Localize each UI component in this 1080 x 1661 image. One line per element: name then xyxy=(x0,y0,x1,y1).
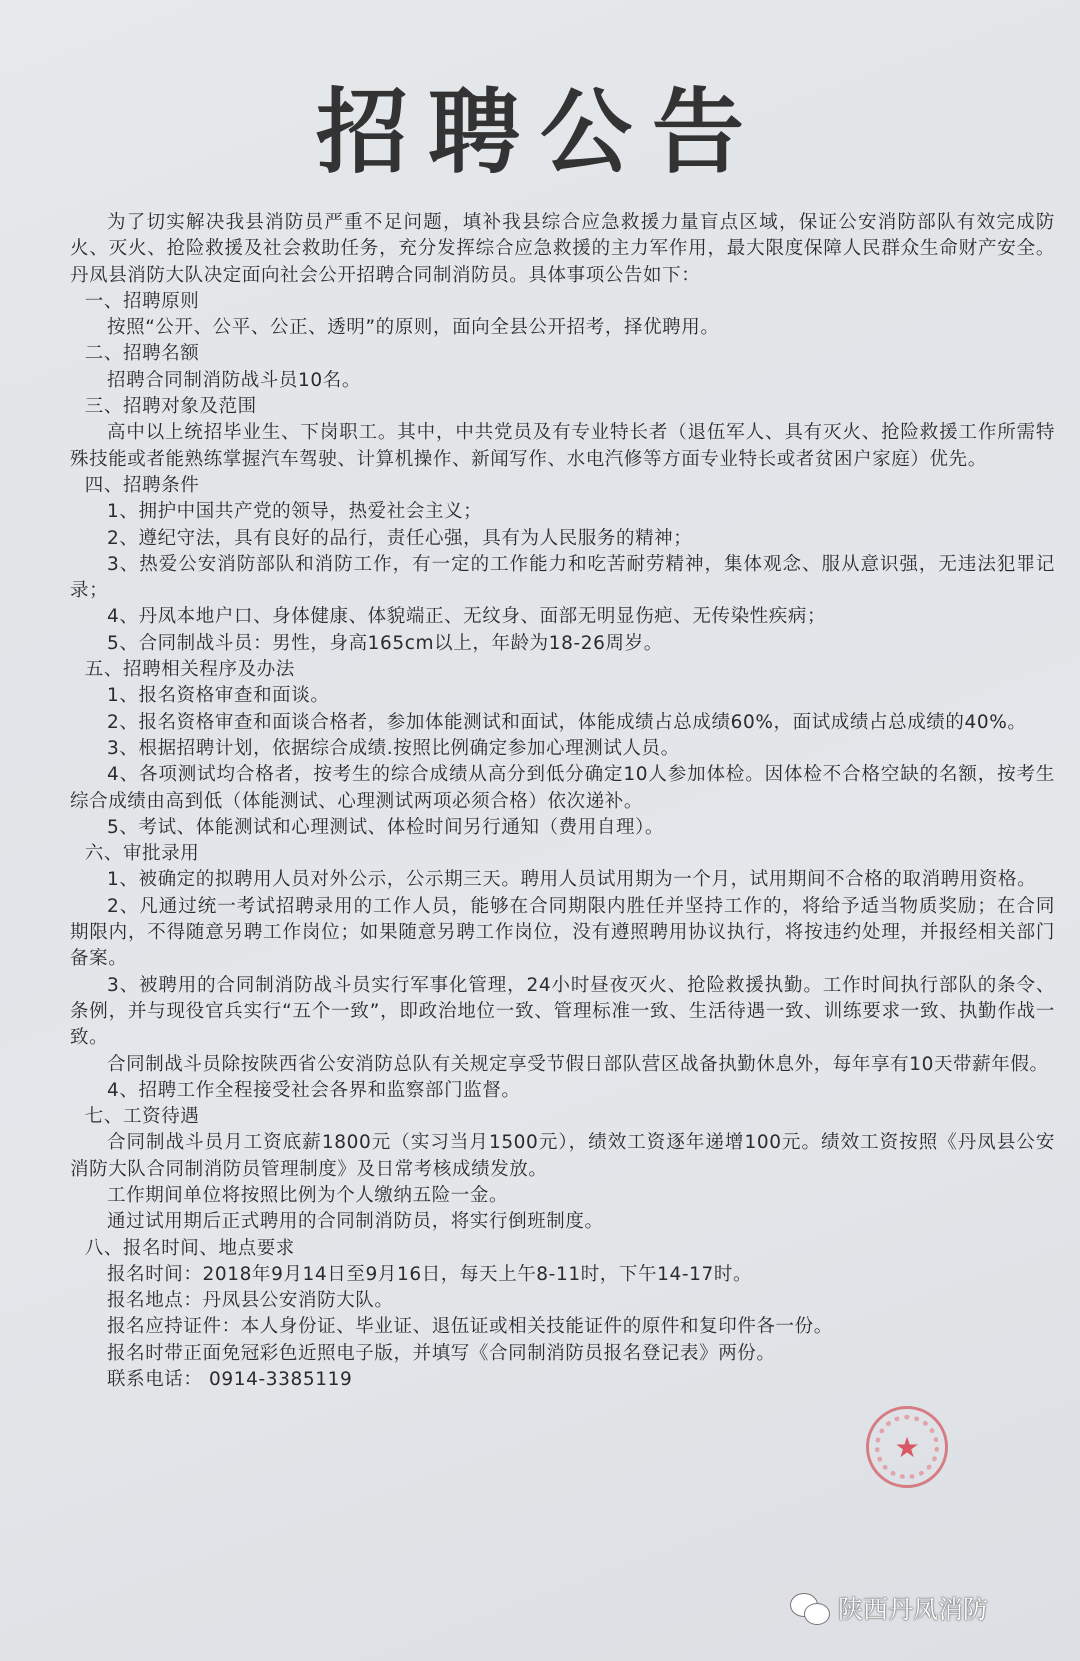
paragraph: 5、合同制战斗员：男性，身高165cm以上，年龄为18-26周岁。 xyxy=(70,631,1055,657)
official-seal: ★ xyxy=(866,1406,948,1488)
section-heading: 六、审批录用 xyxy=(70,841,1055,867)
paragraph: 按照“公开、公平、公正、透明”的原则，面向全县公开招考，择优聘用。 xyxy=(70,315,1055,341)
paragraph: 合同制战斗员除按陕西省公安消防总队有关规定享受节假日部队营区战备执勤休息外，每年… xyxy=(70,1052,1055,1078)
section-heading: 七、工资待遇 xyxy=(70,1104,1055,1130)
section-heading: 四、招聘条件 xyxy=(70,473,1055,499)
paragraph: 高中以上统招毕业生、下岗职工。其中，中共党员及有专业特长者（退伍军人、具有灭火、… xyxy=(70,420,1055,473)
paragraph: 1、拥护中国共产党的领导，热爱社会主义； xyxy=(70,499,1055,525)
section-heading: 三、招聘对象及范围 xyxy=(70,394,1055,420)
paragraph: 3、被聘用的合同制消防战斗员实行军事化管理，24小时昼夜灭火、抢险救援执勤。工作… xyxy=(70,973,1055,1052)
watermark-text: 陕西丹凤消防 xyxy=(838,1590,988,1626)
wechat-icon xyxy=(790,1593,830,1623)
paragraph: 通过试用期后正式聘用的合同制消防员，将实行倒班制度。 xyxy=(70,1209,1055,1235)
paragraph: 4、各项测试均合格者，按考生的综合成绩从高分到低分确定10人参加体检。因体检不合… xyxy=(70,762,1055,815)
paragraph: 2、报名资格审查和面谈合格者，参加体能测试和面试，体能成绩占总成绩60%，面试成… xyxy=(70,710,1055,736)
paragraph: 联系电话： 0914-3385119 xyxy=(70,1367,1055,1393)
page-title: 招聘公告 xyxy=(0,78,1080,188)
paragraph: 合同制战斗员月工资底薪1800元（实习当月1500元），绩效工资逐年递增100元… xyxy=(70,1130,1055,1183)
paragraph: 4、招聘工作全程接受社会各界和监察部门监督。 xyxy=(70,1078,1055,1104)
paragraph: 2、遵纪守法，具有良好的品行，责任心强，具有为人民服务的精神； xyxy=(70,526,1055,552)
star-icon: ★ xyxy=(894,1431,919,1464)
paragraph: 5、考试、体能测试和心理测试、体检时间另行通知（费用自理）。 xyxy=(70,815,1055,841)
paragraph: 3、根据招聘计划，依据综合成绩.按照比例确定参加心理测试人员。 xyxy=(70,736,1055,762)
section-heading: 八、报名时间、地点要求 xyxy=(70,1236,1055,1262)
paragraph: 工作期间单位将按照比例为个人缴纳五险一金。 xyxy=(70,1183,1055,1209)
section-heading: 一、招聘原则 xyxy=(70,289,1055,315)
paragraph: 报名应持证件：本人身份证、毕业证、退伍证或相关技能证件的原件和复印件各一份。 xyxy=(70,1314,1055,1340)
paragraph: 1、被确定的拟聘用人员对外公示，公示期三天。聘用人员试用期为一个月，试用期间不合… xyxy=(70,867,1055,893)
paragraph: 报名地点：丹凤县公安消防大队。 xyxy=(70,1288,1055,1314)
paragraph: 1、报名资格审查和面谈。 xyxy=(70,683,1055,709)
paragraph: 报名时带正面免冠彩色近照电子版，并填写《合同制消防员报名登记表》两份。 xyxy=(70,1341,1055,1367)
wechat-watermark: 陕西丹凤消防 xyxy=(790,1590,988,1626)
paragraph: 为了切实解决我县消防员严重不足问题，填补我县综合应急救援力量盲点区域，保证公安消… xyxy=(70,210,1055,289)
paragraph: 4、丹凤本地户口、身体健康、体貌端正、无纹身、面部无明显伤疤、无传染性疾病； xyxy=(70,604,1055,630)
section-heading: 二、招聘名额 xyxy=(70,341,1055,367)
paragraph: 3、热爱公安消防部队和消防工作，有一定的工作能力和吃苦耐劳精神，集体观念、服从意… xyxy=(70,552,1055,605)
section-heading: 五、招聘相关程序及办法 xyxy=(70,657,1055,683)
paragraph: 招聘合同制消防战斗员10名。 xyxy=(70,368,1055,394)
paragraph: 报名时间：2018年9月14日至9月16日，每天上午8-11时，下午14-17时… xyxy=(70,1262,1055,1288)
announcement-body: 为了切实解决我县消防员严重不足问题，填补我县综合应急救援力量盲点区域，保证公安消… xyxy=(70,210,1055,1393)
paragraph: 2、凡通过统一考试招聘录用的工作人员，能够在合同期限内胜任并坚持工作的，将给予适… xyxy=(70,894,1055,973)
